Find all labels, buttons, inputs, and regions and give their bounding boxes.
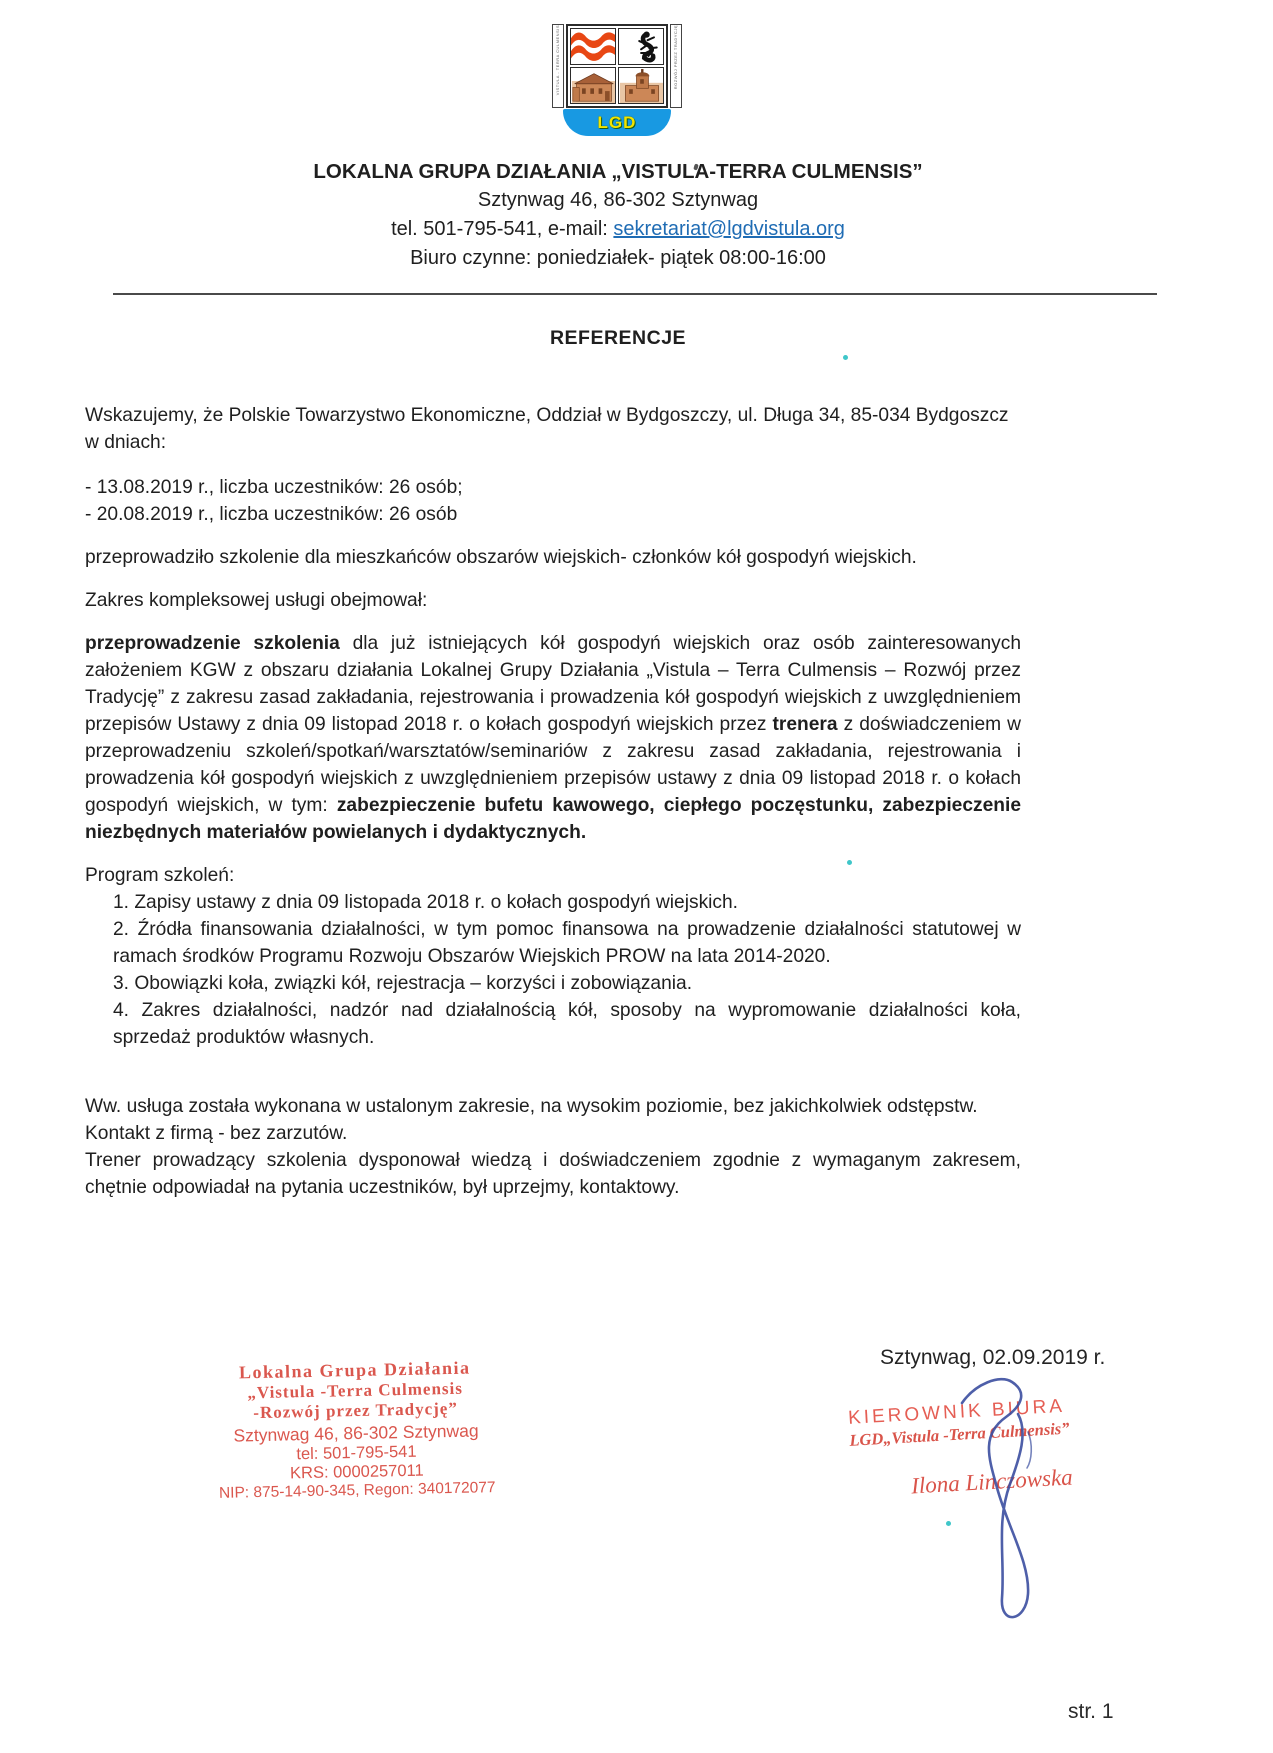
document-title: REFERENCJE xyxy=(68,327,1168,350)
training-date-line: - 13.08.2019 r., liczba uczestników: 26 … xyxy=(85,474,1021,501)
logo-right-strip: ROZWÓJ PRZEZ TRADYCJĘ xyxy=(670,24,682,108)
scan-speck xyxy=(843,355,848,360)
email-link[interactable]: sekretariat@lgdvistula.org xyxy=(613,218,845,240)
scan-speck xyxy=(847,860,852,865)
logo-left-strip-text: VISTULA - TERRA CULMENSIS xyxy=(553,25,562,95)
scan-speck xyxy=(946,1521,951,1526)
org-address: Sztynwag 46, 86-302 Sztynwag xyxy=(68,186,1168,215)
horizontal-rule xyxy=(113,293,1157,295)
logo-right-strip-text: ROZWÓJ PRZEZ TRADYCJĘ xyxy=(671,25,680,89)
waves-icon xyxy=(570,28,616,65)
signatory-stamp: KIEROWNIK BIURA LGD„Vistula -Terra Culme… xyxy=(848,1392,1133,1502)
program-item: 4. Zakres działalności, nadzór nad dział… xyxy=(113,997,1021,1051)
letter-body: Wskazujemy, że Polskie Towarzystwo Ekono… xyxy=(85,402,1021,1201)
conducted-paragraph: przeprowadziło szkolenie dla mieszkańców… xyxy=(85,544,1021,571)
closing-line: Ww. usługa została wykonana w ustalonym … xyxy=(85,1093,1021,1120)
coat-of-arms xyxy=(566,24,668,108)
contact-prefix: tel. 501-795-541, e-mail: xyxy=(391,218,613,240)
lgd-banner: LGD xyxy=(563,109,671,136)
closing-line: Kontakt z firmą - bez zarzutów. xyxy=(85,1120,1021,1147)
scope-intro: Zakres kompleksowej usługi obejmował: xyxy=(85,587,1021,614)
organization-logo: VISTULA - TERRA CULMENSIS xyxy=(544,24,690,136)
closing-paragraphs: Ww. usługa została wykonana w ustalonym … xyxy=(85,1093,1021,1201)
office-hours: Biuro czynne: poniedziałek- piątek 08:00… xyxy=(68,244,1168,273)
org-contact-line: tel. 501-795-541, e-mail: sekretariat@lg… xyxy=(68,215,1168,244)
lizard-icon xyxy=(618,28,664,65)
tower-building-icon xyxy=(618,67,664,104)
signatory-name: Ilona Linczowska xyxy=(851,1461,1132,1503)
program-item: 3. Obowiązki koła, związki kół, rejestra… xyxy=(113,970,1021,997)
program-list: 1. Zapisy ustawy z dnia 09 listopada 201… xyxy=(113,889,1021,1051)
church-building-icon xyxy=(570,67,616,104)
logo-left-strip: VISTULA - TERRA CULMENSIS xyxy=(552,24,564,108)
lgd-banner-label: LGD xyxy=(598,113,637,133)
scanned-reference-letter: VISTULA - TERRA CULMENSIS xyxy=(0,0,1273,1753)
organization-stamp: Lokalna Grupa Działania „Vistula -Terra … xyxy=(197,1357,516,1504)
program-intro: Program szkoleń: xyxy=(85,862,1021,889)
program-item: 2. Źródła finansowania działalności, w t… xyxy=(113,916,1021,970)
program-item: 1. Zapisy ustawy z dnia 09 listopada 201… xyxy=(113,889,1021,916)
letterhead: LOKALNA GRUPA DZIAŁANIA „VISTULA-TERRA C… xyxy=(68,157,1168,273)
closing-line: Trener prowadzący szkolenia dysponował w… xyxy=(85,1147,1021,1201)
org-name: LOKALNA GRUPA DZIAŁANIA „VISTULA-TERRA C… xyxy=(68,157,1168,186)
place-date-line: Sztynwag, 02.09.2019 r. xyxy=(880,1346,1105,1370)
page-number: str. 1 xyxy=(1068,1700,1114,1724)
scope-paragraph: przeprowadzenie szkolenia dla już istnie… xyxy=(85,630,1021,846)
training-date-line: - 20.08.2019 r., liczba uczestników: 26 … xyxy=(85,501,1021,528)
intro-paragraph: Wskazujemy, że Polskie Towarzystwo Ekono… xyxy=(85,402,1021,456)
